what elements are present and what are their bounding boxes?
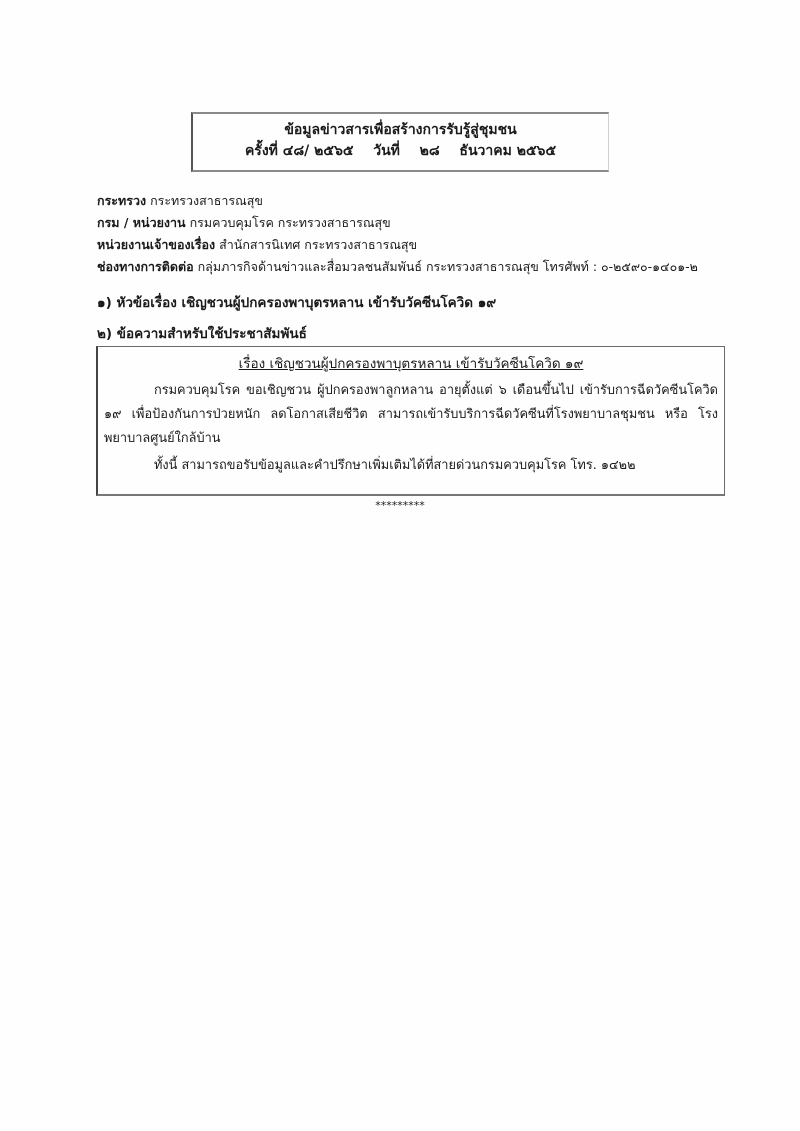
meta-owner: หน่วยงานเจ้าของเรื่อง สำนักสารนิเทศ กระท… (97, 234, 698, 256)
meta-info: กระทรวง กระทรวงสาธารณสุข กรม / หน่วยงาน … (97, 190, 698, 278)
content-paragraph-2: ทั้งนี้ สามารถขอรับข้อมูลและคำปรึกษาเพิ่… (98, 454, 724, 478)
meta-contact-label: ช่องทางการติดต่อ (97, 259, 194, 274)
meta-department-value: กรมควบคุมโรค กระทรวงสาธารณสุข (190, 215, 391, 230)
date-month-year: ธันวาคม ๒๕๖๕ (459, 143, 556, 159)
meta-owner-value: สำนักสารนิเทศ กระทรวงสาธารณสุข (219, 237, 417, 252)
meta-ministry-label: กระทรวง (97, 193, 146, 208)
content-title: เรื่อง เชิญชวนผู้ปกครองพาบุตรหลาน เข้ารั… (98, 352, 724, 376)
content-paragraph-1: กรมควบคุมโรค ขอเชิญชวน ผู้ปกครองพาลูกหลา… (98, 379, 724, 451)
pr-content-box: เรื่อง เชิญชวนผู้ปกครองพาบุตรหลาน เข้ารั… (96, 346, 725, 496)
meta-ministry: กระทรวง กระทรวงสาธารณสุข (97, 190, 698, 212)
issue-label: ครั้งที่ (245, 143, 278, 159)
meta-contact: ช่องทางการติดต่อ กลุ่มภารกิจด้านข่าวและส… (97, 256, 698, 278)
header-box: ข้อมูลข่าวสารเพื่อสร้างการรับรู้สู่ชุมชน… (191, 112, 609, 172)
meta-owner-label: หน่วยงานเจ้าของเรื่อง (97, 237, 215, 252)
end-separator: ********* (0, 499, 800, 512)
date-day: ๒๘ (420, 143, 440, 159)
date-label: วันที่ (373, 143, 400, 159)
header-title: ข้อมูลข่าวสารเพื่อสร้างการรับรู้สู่ชุมชน (193, 120, 608, 141)
document-page: ข้อมูลข่าวสารเพื่อสร้างการรับรู้สู่ชุมชน… (0, 0, 800, 1131)
meta-department-label: กรม / หน่วยงาน (97, 215, 186, 230)
section-topic: ๑) หัวข้อเรื่อง เชิญชวนผู้ปกครองพาบุตรหล… (97, 291, 496, 313)
issue-number: ๔๘/ ๒๕๖๕ (283, 143, 354, 159)
meta-contact-value: กลุ่มภารกิจด้านข่าวและสื่อมวลชนสัมพันธ์ … (198, 259, 698, 274)
header-issue-line: ครั้งที่ ๔๘/ ๒๕๖๕ วันที่ ๒๘ ธันวาคม ๒๕๖๕ (193, 141, 608, 162)
meta-ministry-value: กระทรวงสาธารณสุข (150, 193, 263, 208)
section-pr-message: ๒) ข้อความสำหรับใช้ประชาสัมพันธ์ (97, 322, 307, 344)
meta-department: กรม / หน่วยงาน กรมควบคุมโรค กระทรวงสาธาร… (97, 212, 698, 234)
